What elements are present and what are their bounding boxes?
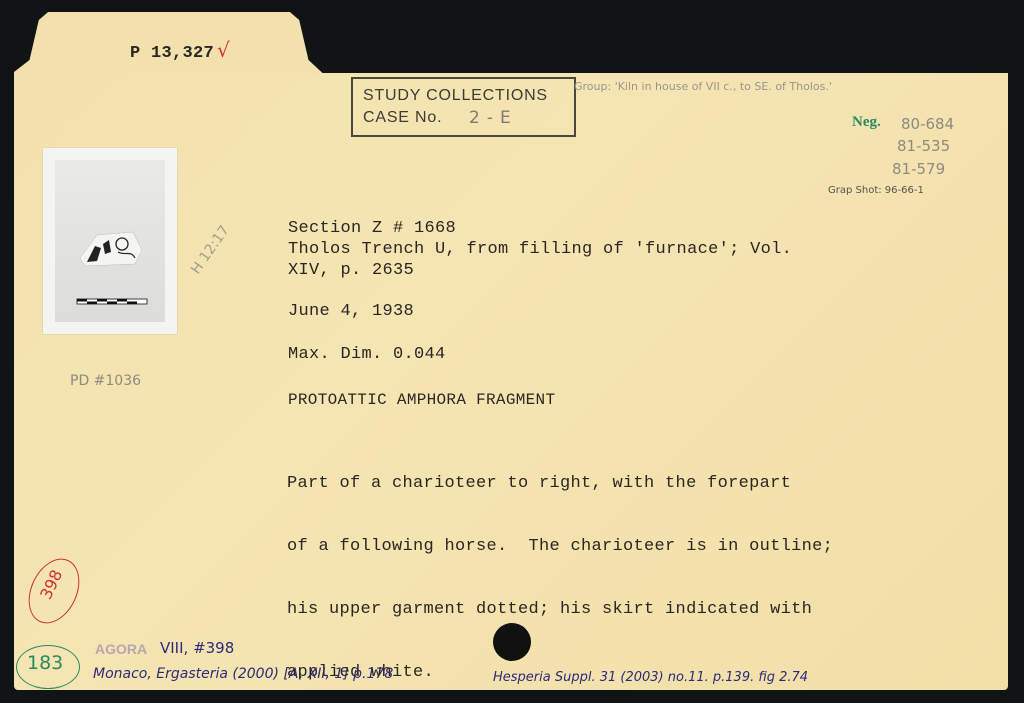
neg-number-1: 80-684 — [901, 115, 954, 133]
agora-reference: VIII, #398 — [160, 639, 234, 657]
punch-hole — [493, 623, 531, 661]
neg-number-2: 81-535 — [897, 137, 950, 155]
stamp-case-number: 2 - E — [469, 108, 512, 128]
description-line: of a following horse. The charioteer is … — [287, 536, 833, 557]
description-line: Part of a charioteer to right, with the … — [287, 473, 833, 494]
max-dimension: Max. Dim. 0.044 — [288, 345, 446, 364]
find-date: June 4, 1938 — [288, 302, 414, 321]
stamp-title: STUDY COLLECTIONS — [363, 87, 548, 105]
neg-label: Neg. — [852, 114, 881, 131]
section-number: Section Z # 1668 — [288, 218, 792, 239]
sherd-image — [55, 160, 165, 322]
object-title: PROTOATTIC AMPHORA FRAGMENT — [288, 391, 555, 409]
findspot-line-2: XIV, p. 2635 — [288, 260, 792, 281]
hesperia-reference: Hesperia Suppl. 31 (2003) no.11. p.139. … — [493, 670, 808, 685]
stamp-case-label: CASE No. — [363, 109, 442, 127]
pd-number: PD #1036 — [70, 373, 141, 389]
agora-stamp: AGORA — [95, 641, 147, 657]
catalog-number: P 13,327√ — [130, 38, 230, 63]
neg-number-3: 81-579 — [892, 160, 945, 178]
group-note: Group: 'Kiln in house of VII c., to SE. … — [574, 80, 832, 93]
object-photo — [43, 148, 177, 334]
description-block: Part of a charioteer to right, with the … — [287, 431, 833, 703]
study-collections-stamp: STUDY COLLECTIONS CASE No. 2 - E — [351, 77, 576, 137]
description-line: his upper garment dotted; his skirt indi… — [287, 599, 833, 620]
check-mark-icon: √ — [217, 38, 230, 62]
green-circled-number: 183 — [27, 652, 63, 674]
grapshot-ref: Grap Shot: 96-66-1 — [828, 185, 924, 196]
monaco-reference: Monaco, Ergasteria (2000) [A, XII, 1] p.… — [93, 666, 393, 682]
findspot-block: Section Z # 1668 Tholos Trench U, from f… — [288, 218, 792, 281]
findspot-line-1: Tholos Trench U, from filling of 'furnac… — [288, 239, 792, 260]
